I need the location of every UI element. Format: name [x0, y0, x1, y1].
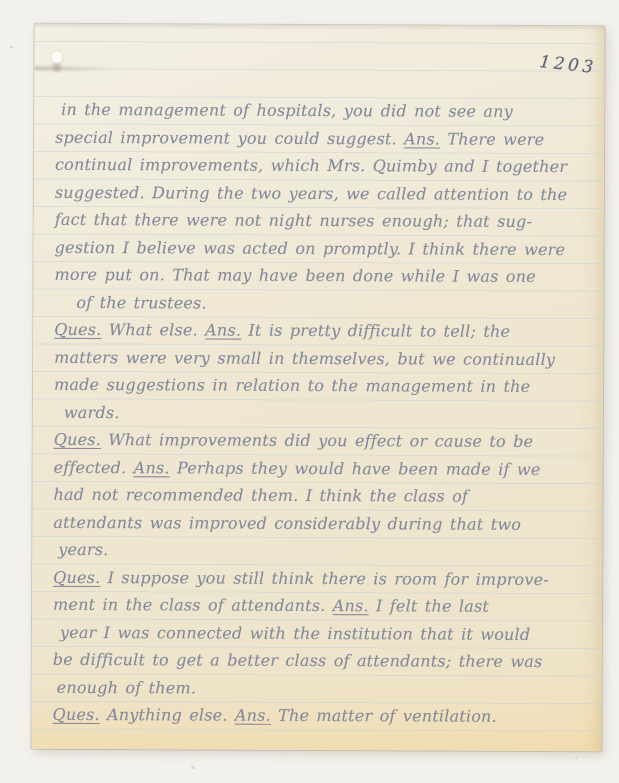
- handwritten-line: year I was connected with the institutio…: [60, 618, 593, 648]
- question-answer-abbreviation: Ques.: [54, 430, 101, 449]
- question-answer-abbreviation: Ans.: [205, 321, 241, 340]
- handwritten-line: effected. Ans. Perhaps they would have b…: [54, 453, 594, 483]
- question-answer-abbreviation: Ans.: [404, 129, 440, 148]
- question-answer-abbreviation: Ans.: [235, 706, 271, 725]
- handwriting-segment: What else.: [101, 320, 205, 339]
- handwritten-line: Ques. I suppose you still think there is…: [53, 563, 593, 593]
- handwritten-line: of the trustees.: [76, 288, 594, 318]
- scan-speck: [10, 46, 13, 48]
- scan-speck: [575, 757, 578, 759]
- page-number: 1203: [538, 52, 597, 78]
- handwriting-segment: wards.: [64, 402, 120, 421]
- handwriting-segment: I suppose you still think there is room …: [100, 568, 549, 589]
- handwritten-text: in the management of hospitals, you did …: [53, 96, 596, 731]
- handwritten-line: attendants was improved considerably dur…: [53, 508, 593, 538]
- handwriting-segment: in the management of hospitals, you did …: [61, 100, 513, 121]
- handwriting-segment: enough of them.: [57, 677, 197, 697]
- question-answer-abbreviation: Ques.: [53, 567, 100, 586]
- handwriting-segment: gestion I believe was acted on promptly.…: [55, 237, 566, 258]
- scan-speck: [191, 766, 195, 769]
- handwriting-segment: Anything else.: [100, 705, 235, 725]
- handwriting-segment: There were: [440, 129, 544, 148]
- handwriting-segment: be difficult to get a better class of at…: [53, 650, 543, 671]
- handwriting-segment: attendants was improved considerably dur…: [53, 512, 521, 533]
- handwritten-line: continual improvements, which Mrs. Quimb…: [55, 151, 595, 181]
- handwritten-line: had not recommended them. I think the cl…: [53, 481, 593, 511]
- handwriting-segment: continual improvements, which Mrs. Quimb…: [55, 155, 567, 176]
- handwriting-segment: year I was connected with the institutio…: [60, 622, 530, 643]
- paper-sheet: 1203 in the management of hospitals, you…: [31, 24, 604, 751]
- handwritten-line: ment in the class of attendants. Ans. I …: [53, 591, 593, 621]
- paper-crease: [34, 66, 118, 71]
- handwritten-line: more put on. That may have been done whi…: [54, 261, 594, 291]
- handwritten-line: gestion I believe was acted on promptly.…: [55, 233, 595, 263]
- question-answer-abbreviation: Ques.: [54, 320, 101, 339]
- handwritten-line: made suggestions in relation to the mana…: [54, 371, 594, 401]
- handwritten-line: in the management of hospitals, you did …: [61, 96, 595, 126]
- handwriting-segment: effected.: [54, 457, 134, 476]
- handwriting-segment: suggested. During the two years, we call…: [55, 182, 567, 203]
- handwriting-segment: years.: [58, 540, 108, 559]
- handwriting-segment: of the trustees.: [76, 292, 206, 312]
- handwriting-segment: Perhaps they would have been made if we: [170, 458, 541, 479]
- handwriting-segment: had not recommended them. I think the cl…: [53, 485, 468, 506]
- handwritten-line: suggested. During the two years, we call…: [55, 178, 595, 208]
- handwriting-segment: ment in the class of attendants.: [53, 595, 333, 615]
- handwriting-segment: I felt the last: [369, 596, 489, 616]
- handwritten-line: matters were very small in themselves, b…: [54, 343, 594, 373]
- handwriting-segment: matters were very small in themselves, b…: [54, 347, 555, 368]
- handwritten-line: fact that there were not night nurses en…: [55, 206, 595, 236]
- handwriting-segment: special improvement you could suggest.: [55, 127, 404, 148]
- handwritten-line: wards.: [64, 398, 594, 428]
- question-answer-abbreviation: Ans.: [134, 458, 170, 477]
- handwritten-line: special improvement you could suggest. A…: [55, 123, 595, 153]
- handwriting-segment: more put on. That may have been done whi…: [54, 265, 535, 286]
- handwriting-segment: made suggestions in relation to the mana…: [54, 375, 530, 396]
- handwritten-line: be difficult to get a better class of at…: [53, 646, 593, 676]
- handwritten-line: enough of them.: [57, 673, 593, 703]
- handwriting-segment: fact that there were not night nurses en…: [55, 210, 532, 231]
- question-answer-abbreviation: Ques.: [53, 705, 100, 724]
- handwritten-line: Ques. Anything else. Ans. The matter of …: [53, 701, 593, 731]
- handwriting-segment: What improvements did you effect or caus…: [101, 430, 533, 451]
- handwritten-line: Ques. What else. Ans. It is pretty diffi…: [54, 316, 594, 346]
- handwritten-line: Ques. What improvements did you effect o…: [54, 426, 594, 456]
- scan-background: 1203 in the management of hospitals, you…: [0, 0, 619, 783]
- handwriting-segment: The matter of ventilation.: [271, 706, 497, 726]
- handwriting-segment: It is pretty difficult to tell; the: [241, 321, 510, 341]
- question-answer-abbreviation: Ans.: [333, 596, 369, 615]
- handwritten-line: years.: [58, 536, 593, 566]
